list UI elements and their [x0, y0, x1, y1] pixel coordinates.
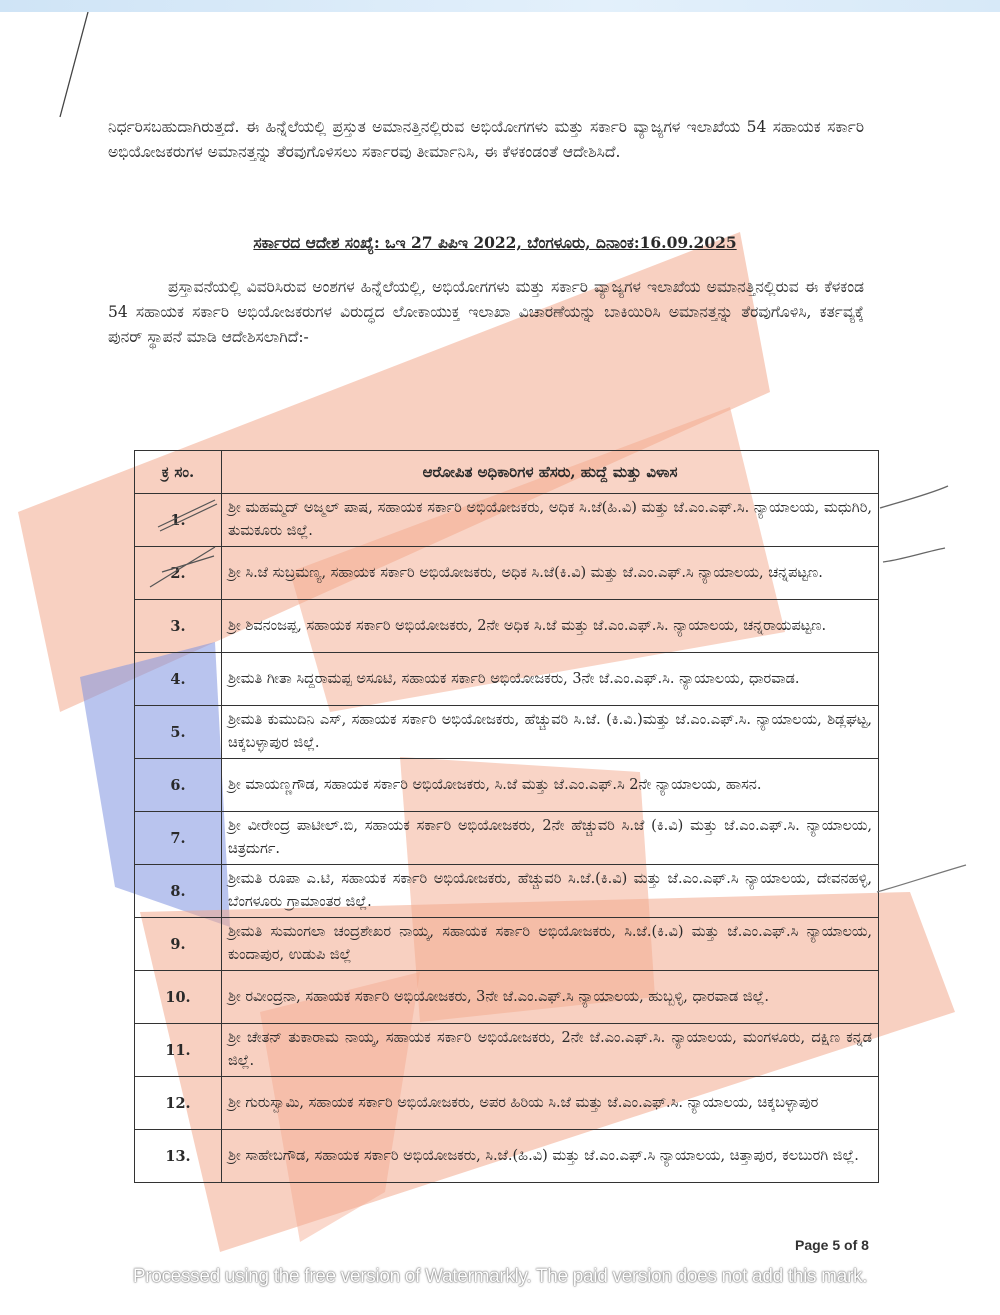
strike-mark-1 [158, 500, 217, 531]
top-bar [0, 0, 1000, 12]
watermark-text: Processed using the free version of Wate… [0, 1266, 1000, 1288]
check-mark-2-icon [883, 548, 945, 562]
strike-mark-2 [150, 547, 215, 587]
check-mark-1-icon [880, 486, 948, 508]
document-page: ನಿರ್ಧರಿಸಬಹುದಾಗಿರುತ್ತದೆ. ಈ ಹಿನ್ನೆಲೆಯಲ್ಲಿ … [0, 12, 1000, 1315]
check-mark-3-icon [877, 865, 966, 892]
margin-pen-line [60, 12, 88, 117]
pen-marks [0, 12, 1000, 1315]
